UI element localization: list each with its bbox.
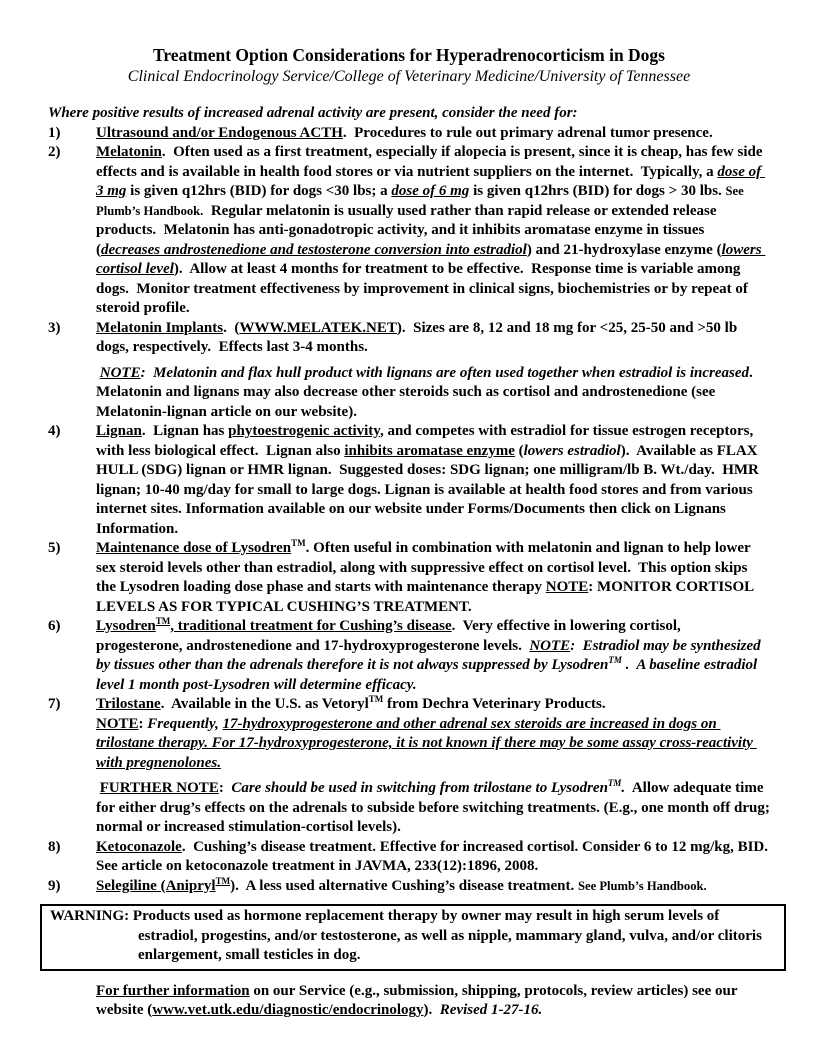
item-number: 4)	[48, 422, 96, 539]
text-run: NOTE	[100, 365, 141, 381]
text-run: inhibits aromatase enzyme	[344, 443, 515, 459]
item-body: Lignan. Lignan has phytoestrogenic activ…	[96, 422, 770, 539]
item-body: Selegiline (AniprylTM). A less used alte…	[96, 877, 770, 897]
item-paragraph: Melatonin Implants. (WWW.MELATEK.NET). S…	[96, 319, 770, 358]
text-run: TM	[156, 616, 171, 626]
text-run: . Often used as a first treatment, espec…	[96, 144, 766, 180]
item-number: 7)	[48, 695, 96, 838]
item-number: 5)	[48, 539, 96, 617]
item-paragraph: Ultrasound and/or Endogenous ACTH. Proce…	[96, 124, 770, 144]
item-number: 6)	[48, 617, 96, 695]
text-run: For further information	[96, 983, 250, 999]
text-run: Selegiline (Anipryl	[96, 878, 216, 894]
text-run: . Procedures to rule out primary adrenal…	[343, 125, 713, 141]
text-run: FURTHER NOTE	[100, 780, 219, 796]
warning-text: WARNING: Products used as hormone replac…	[50, 907, 774, 966]
text-run: Maintenance dose of Lysodren	[96, 540, 291, 556]
list-item: 4)Lignan. Lignan has phytoestrogenic act…	[48, 422, 770, 539]
intro-line: Where positive results of increased adre…	[48, 104, 770, 124]
document-page: Treatment Option Considerations for Hype…	[0, 0, 816, 1056]
item-paragraph: FURTHER NOTE: Care should be used in swi…	[96, 779, 770, 838]
item-number: 9)	[48, 877, 96, 897]
item-paragraph: Trilostane. Available in the U.S. as Vet…	[96, 695, 770, 715]
document-title: Treatment Option Considerations for Hype…	[48, 44, 770, 66]
text-run: . (	[223, 320, 239, 336]
item-number: 8)	[48, 838, 96, 877]
text-run: decreases androstenedione and testostero…	[101, 242, 527, 258]
text-run: WWW.MELATEK.NET	[239, 320, 397, 336]
item-body: LysodrenTM, traditional treatment for Cu…	[96, 617, 770, 695]
text-run: :	[139, 716, 148, 732]
text-run: , traditional treatment for Cushing’s di…	[170, 618, 451, 634]
text-run: TM	[608, 655, 622, 665]
item-paragraph: NOTE: Melatonin and flax hull product wi…	[96, 364, 770, 423]
text-run: Lignan	[96, 423, 142, 439]
text-run: Care should be used in switching from tr…	[231, 780, 608, 796]
text-run: (	[515, 443, 524, 459]
text-run: TM	[608, 778, 622, 788]
item-body: Melatonin Implants. (WWW.MELATEK.NET). S…	[96, 319, 770, 423]
list-item: 6)LysodrenTM, traditional treatment for …	[48, 617, 770, 695]
list-item: 2)Melatonin. Often used as a first treat…	[48, 143, 770, 319]
item-paragraph: Selegiline (AniprylTM). A less used alte…	[96, 877, 770, 897]
text-run: Revised 1-27-16.	[440, 1002, 542, 1018]
text-run: Ultrasound and/or Endogenous ACTH	[96, 125, 343, 141]
item-paragraph: Ketoconazole. Cushing’s disease treatmen…	[96, 838, 770, 877]
list-item: 9)Selegiline (AniprylTM). A less used al…	[48, 877, 770, 897]
text-run: ). Allow at least 4 months for treatment…	[96, 261, 752, 316]
text-run: ).	[424, 1002, 440, 1018]
text-run: :	[141, 365, 154, 381]
list-item: 3)Melatonin Implants. (WWW.MELATEK.NET).…	[48, 319, 770, 423]
text-run: Melatonin and flax hull product with lig…	[153, 365, 749, 381]
text-run: is given q12hrs (BID) for dogs > 30 lbs.	[469, 183, 725, 199]
list-item: 5)Maintenance dose of LysodrenTM. Often …	[48, 539, 770, 617]
text-run: NOTE	[546, 579, 589, 595]
item-body: Trilostane. Available in the U.S. as Vet…	[96, 695, 770, 838]
item-number: 1)	[48, 124, 96, 144]
list-item: 7)Trilostane. Available in the U.S. as V…	[48, 695, 770, 838]
text-run: Frequently,	[147, 716, 222, 732]
item-body: Maintenance dose of LysodrenTM. Often us…	[96, 539, 770, 617]
text-run: Ketoconazole	[96, 839, 182, 855]
text-run: Melatonin	[96, 144, 162, 160]
text-run: phytoestrogenic activity	[228, 423, 380, 439]
item-number: 2)	[48, 143, 96, 319]
text-run: Lysodren	[96, 618, 156, 634]
text-run: from Dechra Veterinary Products.	[383, 696, 605, 712]
text-run: TM	[291, 538, 306, 548]
text-run: . Available in the U.S. as Vetoryl	[161, 696, 369, 712]
text-run: NOTE	[96, 716, 139, 732]
item-number: 3)	[48, 319, 96, 423]
text-run: TM	[369, 694, 384, 704]
text-run: . Cushing’s disease treatment. Effective…	[96, 839, 772, 875]
list-item: 1)Ultrasound and/or Endogenous ACTH. Pro…	[48, 124, 770, 144]
text-run: :	[219, 780, 232, 796]
text-run: ) and 21-hydroxylase enzyme (	[527, 242, 722, 258]
item-body: Melatonin. Often used as a first treatme…	[96, 143, 770, 319]
treatment-options-list: 1)Ultrasound and/or Endogenous ACTH. Pro…	[48, 124, 770, 897]
footer-note: For further information on our Service (…	[96, 982, 770, 1021]
text-run: Trilostane	[96, 696, 161, 712]
text-run: . A less used alternative Cushing’s dise…	[235, 878, 578, 894]
text-run: dose of 6 mg	[391, 183, 469, 199]
text-run: TM	[216, 876, 231, 886]
text-run: lowers estradiol	[524, 443, 621, 459]
item-body: Ketoconazole. Cushing’s disease treatmen…	[96, 838, 770, 877]
text-run: . Lignan has	[142, 423, 228, 439]
list-item: 8)Ketoconazole. Cushing’s disease treatm…	[48, 838, 770, 877]
item-paragraph: NOTE: Frequently, 17-hydroxyprogesterone…	[96, 715, 770, 774]
text-run: See Plumb’s Handbook.	[578, 879, 707, 893]
text-run: Melatonin Implants	[96, 320, 223, 336]
warning-box: WARNING: Products used as hormone replac…	[40, 904, 786, 971]
item-paragraph: LysodrenTM, traditional treatment for Cu…	[96, 617, 770, 695]
item-paragraph: Melatonin. Often used as a first treatme…	[96, 143, 770, 319]
text-run: www.vet.utk.edu/diagnostic/endocrinology	[152, 1002, 423, 1018]
item-paragraph: Maintenance dose of LysodrenTM. Often us…	[96, 539, 770, 617]
item-body: Ultrasound and/or Endogenous ACTH. Proce…	[96, 124, 770, 144]
item-paragraph: Lignan. Lignan has phytoestrogenic activ…	[96, 422, 770, 539]
text-run: NOTE	[529, 638, 570, 654]
text-run: is given q12hrs (BID) for dogs <30 lbs; …	[126, 183, 391, 199]
document-subtitle: Clinical Endocrinology Service/College o…	[48, 66, 770, 87]
text-run: WARNING: Products used as hormone replac…	[50, 908, 766, 963]
